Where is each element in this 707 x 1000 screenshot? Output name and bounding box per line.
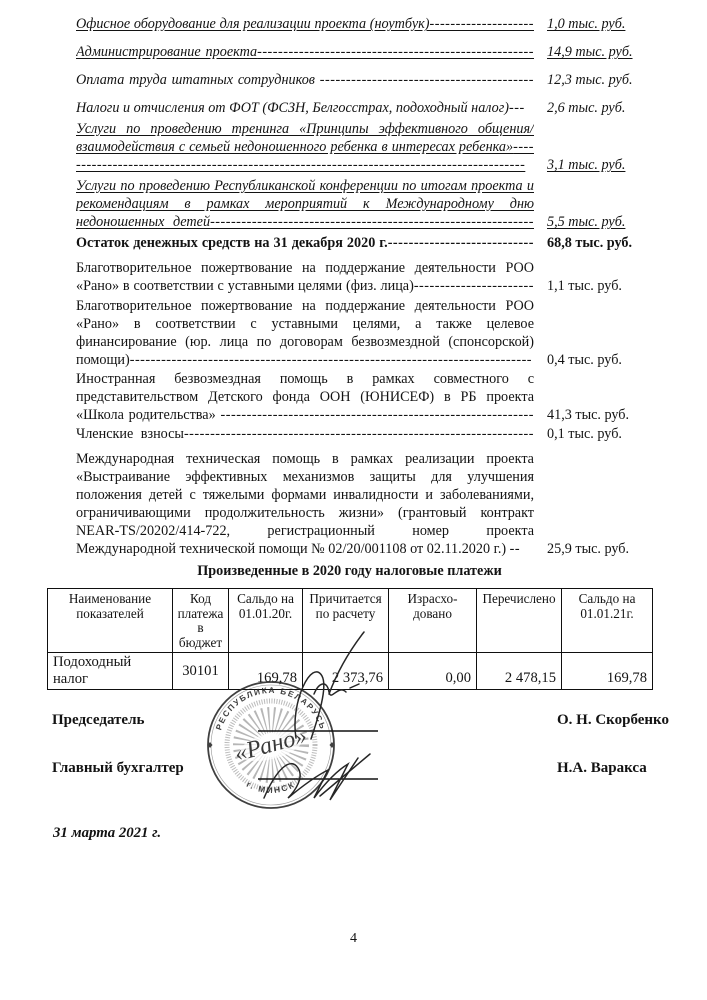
expense-item: Услуги по проведению тренинга «Принципы …	[76, 120, 633, 177]
expense-item: Международная техническая помощь в рамка…	[76, 450, 633, 558]
accountant-label: Главный бухгалтер	[52, 760, 184, 777]
expense-text: Благотворительное пожертвование на подде…	[76, 297, 534, 369]
document-date: 31 марта 2021 г.	[53, 825, 161, 842]
expense-text: Услуги по проведению Республиканской кон…	[76, 177, 534, 231]
expense-item: Остаток денежных средств на 31 декабря 2…	[76, 234, 633, 259]
table-cell: 2 478,15	[477, 653, 562, 690]
expense-text: Администрирование проекта---------------…	[76, 43, 534, 61]
stamp-center-text: «Рано»	[232, 723, 310, 767]
expense-item: Членские взносы-------------------------…	[76, 425, 633, 450]
expense-amount: 0,1 тыс. руб.	[547, 425, 633, 443]
accountant-name: Н.А. Варакса	[557, 760, 647, 777]
expense-text: Членские взносы-------------------------…	[76, 425, 534, 443]
expense-list: Офисное оборудование для реализации прое…	[76, 15, 633, 558]
expense-text: Услуги по проведению тренинга «Принципы …	[76, 120, 534, 174]
table-cell: Подоходный налог	[48, 653, 173, 690]
expense-amount: 5,5 тыс. руб.	[547, 213, 633, 231]
leader-dashes: --	[510, 541, 520, 557]
expense-text: Офисное оборудование для реализации прое…	[76, 15, 534, 33]
expense-amount: 68,8 тыс. руб.	[547, 234, 633, 252]
expense-text: Оплата труда штатных сотрудников -------…	[76, 71, 534, 89]
leader-dashes: ----------------------------------------…	[76, 352, 532, 369]
stamp-and-signatures-overlay: РЕСПУБЛИКА БЕЛАРУСЬ г. МИНСК «Рано»	[180, 598, 440, 828]
expense-text: Иностранная безвозмездная помощь в рамка…	[76, 370, 534, 424]
expense-item: Администрирование проекта---------------…	[76, 43, 633, 71]
expense-amount: 12,3 тыс. руб.	[547, 71, 633, 89]
chairman-label: Председатель	[52, 712, 144, 729]
expense-text: Налоги и отчисления от ФОТ (ФСЗН, Белгос…	[76, 99, 534, 117]
leader-dashes: ---	[509, 100, 525, 116]
expense-amount: 1,0 тыс. руб.	[547, 15, 633, 33]
expense-amount: 3,1 тыс. руб.	[547, 156, 633, 174]
expense-amount: 41,3 тыс. руб.	[547, 406, 633, 424]
table-header-cell: Сальдо на 01.01.21г.	[562, 589, 653, 653]
page-number: 4	[0, 931, 707, 947]
expense-item: Услуги по проведению Республиканской кон…	[76, 177, 633, 234]
document-page: Офисное оборудование для реализации прое…	[0, 0, 707, 1000]
expense-amount: 2,6 тыс. руб.	[547, 99, 633, 117]
expense-item: Благотворительное пожертвование на подде…	[76, 297, 633, 370]
expense-item: Налоги и отчисления от ФОТ (ФСЗН, Белгос…	[76, 99, 633, 120]
expense-item: Иностранная безвозмездная помощь в рамка…	[76, 370, 633, 425]
expense-text: Благотворительное пожертвование на подде…	[76, 259, 534, 295]
expense-item: Оплата труда штатных сотрудников -------…	[76, 71, 633, 99]
table-header-cell: Перечислено	[477, 589, 562, 653]
expense-item: Благотворительное пожертвование на подде…	[76, 259, 633, 297]
round-stamp: РЕСПУБЛИКА БЕЛАРУСЬ г. МИНСК «Рано»	[208, 682, 335, 808]
expense-amount: 0,4 тыс. руб.	[547, 351, 633, 369]
table-cell: 169,78	[562, 653, 653, 690]
table-header-cell: Наименование показателей	[48, 589, 173, 653]
expense-amount: 1,1 тыс. руб.	[547, 277, 633, 295]
expense-text: Международная техническая помощь в рамка…	[76, 450, 534, 558]
chairman-name: О. Н. Скорбенко	[557, 712, 669, 729]
table-title: Произведенные в 2020 году налоговые плат…	[47, 562, 652, 580]
expense-text: Остаток денежных средств на 31 декабря 2…	[76, 234, 534, 252]
expense-item: Офисное оборудование для реализации прое…	[76, 15, 633, 43]
expense-amount: 25,9 тыс. руб.	[547, 540, 633, 558]
expense-amount: 14,9 тыс. руб.	[547, 43, 633, 61]
